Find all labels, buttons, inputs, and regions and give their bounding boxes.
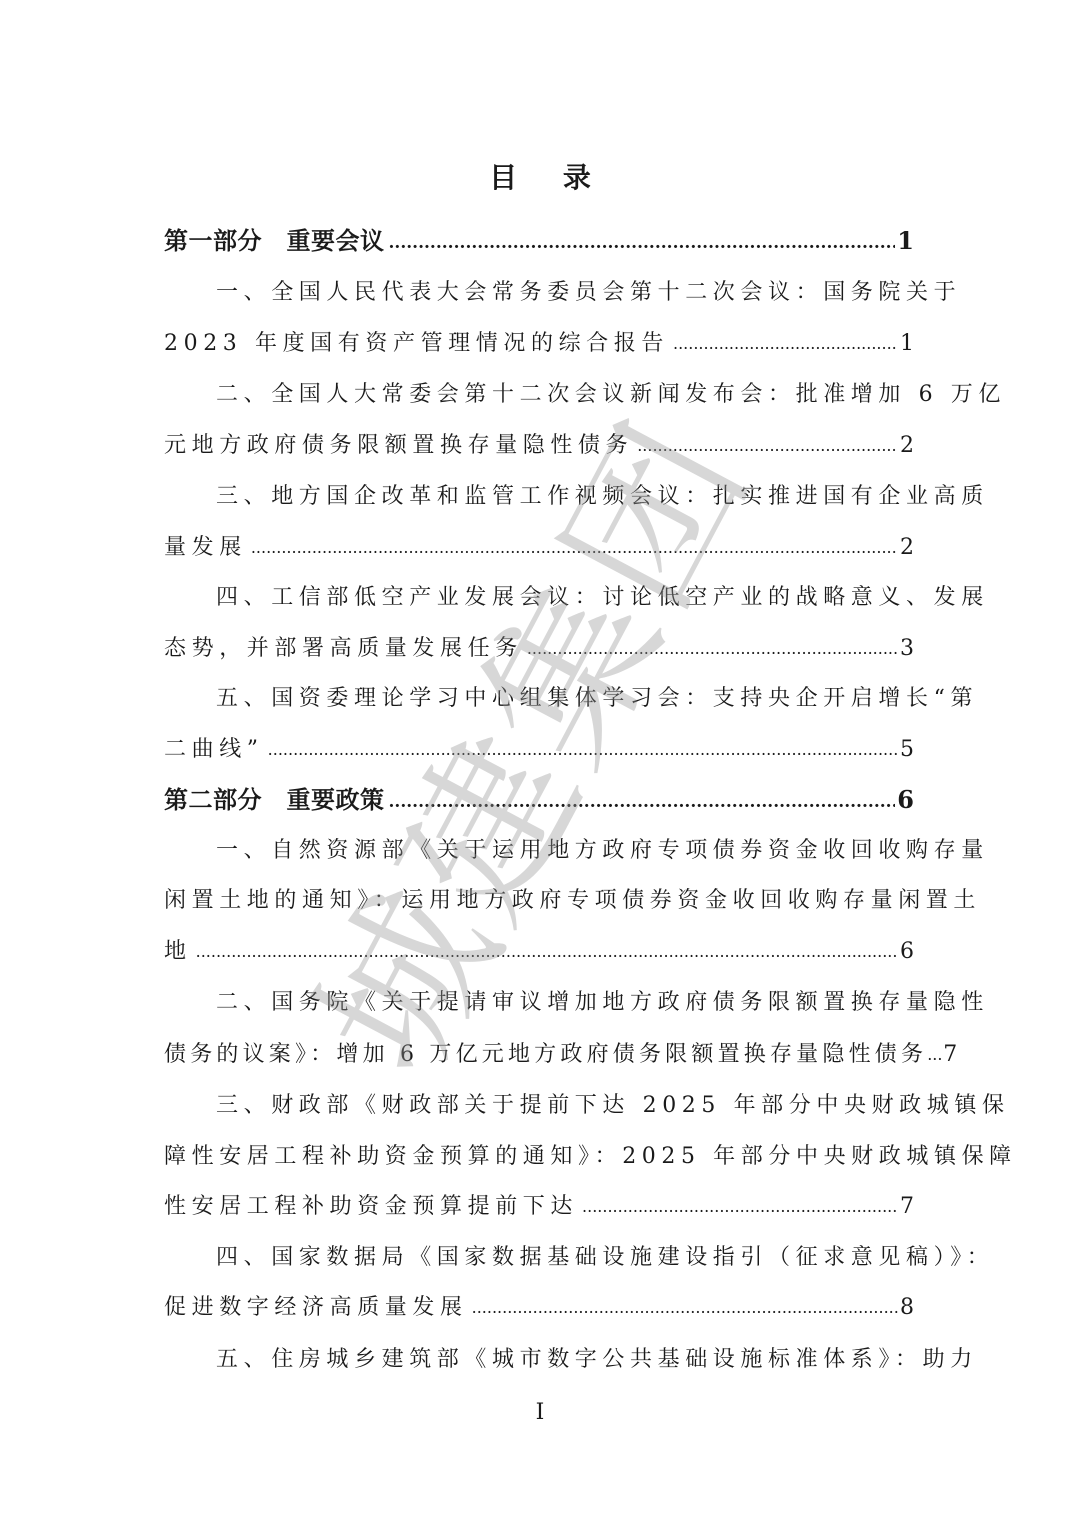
toc-entry-line[interactable]: 一、自然资源部《关于运用地方政府专项债券资金收回收购存量 bbox=[216, 833, 914, 869]
page-ref: 6 bbox=[897, 782, 914, 818]
entry-text: 二曲线” bbox=[164, 732, 264, 768]
toc-title: 目 录 bbox=[0, 158, 1080, 198]
toc-entry-last-line[interactable]: 2023 年度国有资产管理情况的综合报告 1 bbox=[164, 326, 914, 362]
toc-entry-last-line[interactable]: 促进数字经济高质量发展 8 bbox=[164, 1290, 914, 1326]
leader-dots bbox=[251, 530, 898, 566]
page-ref: 2 bbox=[900, 428, 914, 464]
entry-text: 债务的议案》：增加 6 万亿元地方政府债务限额置换存量隐性债务 bbox=[164, 1037, 927, 1073]
page-ref: 7 bbox=[900, 1189, 914, 1225]
leader-dots bbox=[637, 428, 898, 464]
leader-dots bbox=[268, 732, 898, 768]
entry-text: 地 bbox=[164, 934, 192, 970]
toc-part1-heading[interactable]: 第一部分 重要会议 1 bbox=[164, 223, 914, 259]
entry-text: 量发展 bbox=[164, 530, 247, 566]
toc-entry-line[interactable]: 二、国务院《关于提请审议增加地方政府债务限额置换存量隐性 bbox=[216, 985, 914, 1021]
leader-dots bbox=[582, 1189, 898, 1225]
toc-entry-line[interactable]: 一、全国人民代表大会常务委员会第十二次会议：国务院关于 bbox=[216, 275, 914, 311]
toc-entry-last-line[interactable]: 性安居工程补助资金预算提前下达 7 bbox=[164, 1189, 914, 1225]
toc-entry-last-line[interactable]: 地 6 bbox=[164, 934, 914, 970]
toc-entry-line[interactable]: 五、国资委理论学习中心组集体学习会：支持央企开启增长“第 bbox=[216, 681, 914, 717]
leader-dots bbox=[389, 784, 896, 820]
page-ref: 8 bbox=[900, 1290, 914, 1326]
toc-entry-line[interactable]: 三、财政部《财政部关于提前下达 2025 年部分中央财政城镇保 bbox=[216, 1088, 914, 1124]
toc-part2-heading[interactable]: 第二部分 重要政策 6 bbox=[164, 782, 914, 818]
page-ref: 6 bbox=[900, 934, 914, 970]
entry-text: 性安居工程补助资金预算提前下达 bbox=[164, 1189, 578, 1225]
toc-entry-line[interactable]: 五、住房城乡建筑部《城市数字公共基础设施标准体系》：助力 bbox=[216, 1342, 914, 1378]
leader-dots bbox=[389, 225, 896, 261]
page-ref: 1 bbox=[897, 223, 914, 259]
entry-text: 2023 年度国有资产管理情况的综合报告 bbox=[164, 326, 669, 362]
toc-entry-last-line[interactable]: 债务的议案》：增加 6 万亿元地方政府债务限额置换存量隐性债务 7 bbox=[164, 1037, 914, 1073]
entry-text: 态势，并部署高质量发展任务 bbox=[164, 631, 523, 667]
leader-dots bbox=[196, 934, 898, 970]
part-heading-text: 第二部分 重要政策 bbox=[164, 782, 385, 818]
part-heading-text: 第一部分 重要会议 bbox=[164, 223, 385, 259]
entry-text: 元地方政府债务限额置换存量隐性债务 bbox=[164, 428, 633, 464]
entry-text: 促进数字经济高质量发展 bbox=[164, 1290, 468, 1326]
page-ref: 2 bbox=[900, 530, 914, 566]
leader-dots bbox=[472, 1290, 898, 1326]
toc-entry-line[interactable]: 四、工信部低空产业发展会议：讨论低空产业的战略意义、发展 bbox=[216, 580, 914, 616]
toc-entry-line[interactable]: 二、全国人大常委会第十二次会议新闻发布会：批准增加 6 万亿 bbox=[216, 377, 914, 413]
toc-entry-line[interactable]: 障性安居工程补助资金预算的通知》：2025 年部分中央财政城镇保障 bbox=[164, 1139, 914, 1175]
page-ref: 5 bbox=[900, 732, 914, 768]
page-ref: 3 bbox=[900, 631, 914, 667]
toc-entry-line[interactable]: 三、地方国企改革和监管工作视频会议：扎实推进国有企业高质 bbox=[216, 479, 914, 515]
page-ref: 1 bbox=[900, 326, 914, 362]
toc-entry-last-line[interactable]: 态势，并部署高质量发展任务 3 bbox=[164, 631, 914, 667]
page-ref: 7 bbox=[943, 1037, 957, 1073]
toc-entry-line[interactable]: 闲置土地的通知》：运用地方政府专项债券资金收回收购存量闲置土 bbox=[164, 883, 914, 919]
leader-dots bbox=[673, 326, 898, 362]
toc-entry-last-line[interactable]: 量发展 2 bbox=[164, 530, 914, 566]
leader-dots bbox=[927, 1037, 941, 1073]
leader-dots bbox=[527, 631, 898, 667]
toc-entry-last-line[interactable]: 元地方政府债务限额置换存量隐性债务 2 bbox=[164, 428, 914, 464]
toc-entry-last-line[interactable]: 二曲线” 5 bbox=[164, 732, 914, 768]
page-number: I bbox=[0, 1398, 1080, 1428]
toc-entry-line[interactable]: 四、国家数据局《国家数据基础设施建设指引（征求意见稿）》： bbox=[216, 1240, 914, 1276]
document-page: 目 录 第一部分 重要会议 1 一、全国人民代表大会常务委员会第十二次会议：国务… bbox=[0, 0, 1080, 1526]
